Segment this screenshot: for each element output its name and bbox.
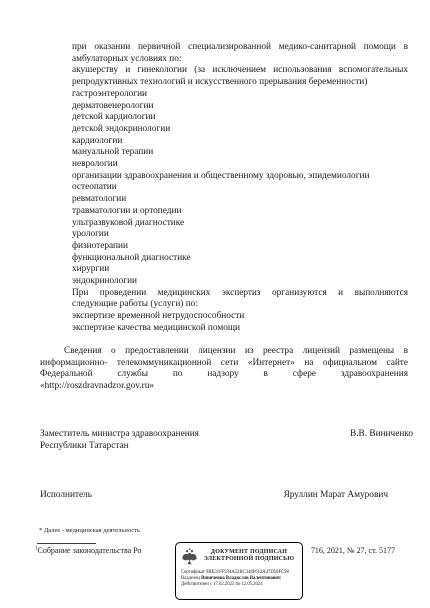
registry-info-paragraph: Сведения о предоставлении лицензии из ре…: [40, 346, 408, 393]
stamp-certificate-value: 9BE31FF934A52BC348F612A47D58FC98: [206, 570, 289, 575]
specialty-item: остеопатии: [72, 182, 408, 194]
document-line: Сведения о предоставлении лицензии из ре…: [40, 346, 408, 358]
specialty-item: функциональной диагностике: [72, 253, 408, 265]
specialty-item: травматологии и ортопедии: [72, 206, 408, 218]
specialty-item: организации здравоохранения и общественн…: [72, 171, 408, 183]
stamp-owner-label: Владелец: [181, 576, 200, 581]
specialty-item: мануальной терапии: [72, 147, 408, 159]
stamp-header: ДОКУМЕНТ ПОДПИСАН ЭЛЕКТРОННОЙ ПОДПИСЬЮ: [176, 543, 302, 566]
footnote-asterisk: * Далее - медицинская деятельность: [39, 527, 140, 534]
stamp-title-line1: ДОКУМЕНТ ПОДПИСАН: [201, 549, 297, 556]
specialty-item: ультразвуковой диагностике: [72, 218, 408, 230]
footnote-reference-left: 1Собрание законодательства Ро: [35, 546, 141, 555]
license-activities-section: при оказании первичной специализированно…: [72, 42, 408, 335]
stamp-title: ДОКУМЕНТ ПОДПИСАН ЭЛЕКТРОННОЙ ПОДПИСЬЮ: [201, 549, 297, 563]
document-line: информационно- телекоммуникационной сети…: [40, 358, 408, 370]
expertise-item: экспертизе временной нетрудоспособности: [72, 311, 408, 323]
document-line: амбулаторных условиях по:: [72, 54, 408, 66]
footnote-ref-text: Собрание законодательства Ро: [38, 546, 142, 555]
footnote-separator: [37, 543, 96, 544]
specialty-item: детской кардиологии: [72, 112, 408, 124]
digital-signature-stamp: ДОКУМЕНТ ПОДПИСАН ЭЛЕКТРОННОЙ ПОДПИСЬЮ С…: [175, 542, 303, 600]
document-line: При проведении медицинских экспертиз орг…: [72, 288, 408, 300]
specialty-item: ревматологии: [72, 194, 408, 206]
stamp-details: Сертификат 9BE31FF934A52BC348F612A47D58F…: [176, 566, 302, 589]
specialty-item: хирургии: [72, 264, 408, 276]
document-line: репродуктивных технологий и искусственно…: [72, 77, 408, 89]
document-line: Федеральной службы по надзору в сфере зд…: [40, 369, 408, 381]
license-registry-url[interactable]: «http://roszdravnadzor.gov.ru»: [40, 381, 408, 393]
roszdravnadzor-emblem-icon: [181, 547, 198, 565]
footnote-reference-right: 716, 2021, № 27, ст. 5177: [311, 546, 395, 555]
specialty-item: гастроэнтерологии: [72, 89, 408, 101]
stamp-title-line2: ЭЛЕКТРОННОЙ ПОДПИСЬЮ: [201, 556, 297, 563]
deputy-minister-name: В.В. Виниченко: [350, 429, 413, 439]
stamp-validity-line: Действителен с 17.02.2023 по 12.05.2024: [181, 582, 297, 588]
deputy-minister-title: Заместитель министра здравоохранения Рес…: [40, 429, 245, 452]
expertise-item: экспертизе качества медицинской помощи: [72, 323, 408, 335]
stamp-owner-name: Виниченко Владислав Валентинович: [201, 576, 280, 581]
specialty-item: неврологии: [72, 159, 408, 171]
specialty-item: кардиологии: [72, 136, 408, 148]
stamp-certificate-label: Сертификат: [181, 570, 205, 575]
document-line: следующие работы (услуги) по:: [72, 299, 408, 311]
document-line: акушерству и гинекологии (за исключением…: [72, 65, 408, 77]
document-line: при оказании первичной специализированно…: [72, 42, 408, 54]
executor-label: Исполнитель: [40, 490, 92, 500]
specialty-item: физиотерапии: [72, 241, 408, 253]
specialty-item: урологии: [72, 229, 408, 241]
license-document-page: при оказании первичной специализированно…: [0, 0, 430, 608]
executor-name: Яруллин Марат Амурович: [284, 490, 388, 500]
specialty-item: дерматовенерологии: [72, 101, 408, 113]
specialty-item: эндокринологии: [72, 276, 408, 288]
specialty-item: детской эндокринологии: [72, 124, 408, 136]
